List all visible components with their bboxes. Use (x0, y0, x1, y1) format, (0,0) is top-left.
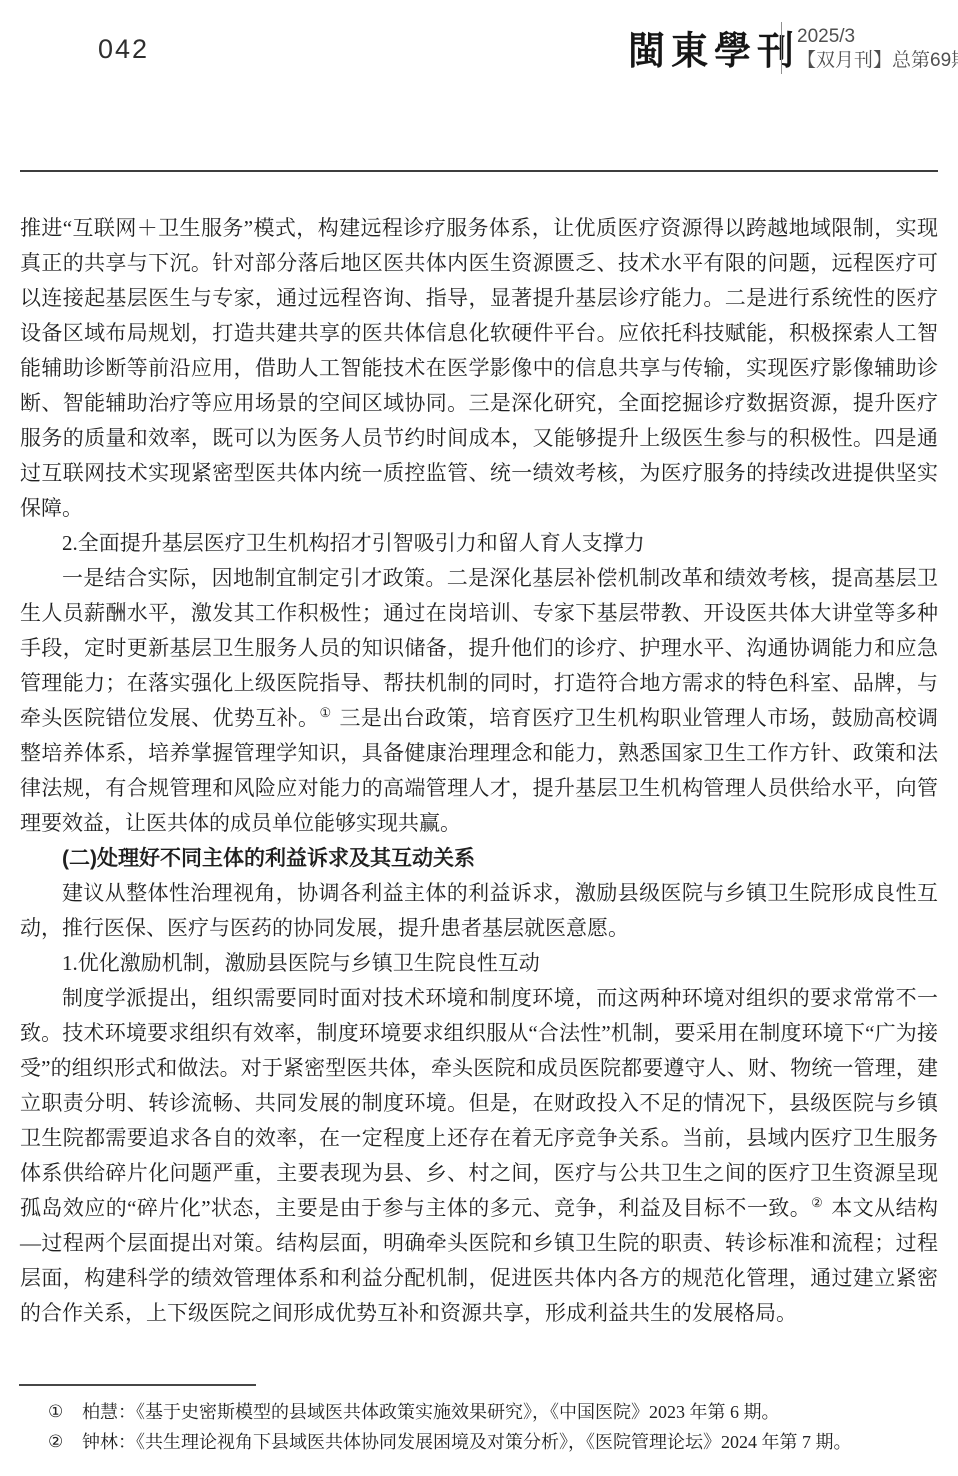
issue-number: 【双月刊】总第69期 (797, 49, 958, 73)
footnotes: ①柏慧：《基于史密斯模型的县域医共体政策实施效果研究》，《中国医院》2023 年… (20, 1400, 938, 1460)
subsection-heading: 1.优化激励机制，激励县医院与乡镇卫生院良性互动 (20, 946, 938, 981)
journal-masthead-calligraphy: 閩東學刊 (628, 19, 778, 76)
body-paragraph: 制度学派提出，组织需要同时面对技术环境和制度环境，而这两种环境对组织的要求常常不… (20, 981, 938, 1331)
subsection-heading: 2.全面提升基层医疗卫生机构招才引智吸引力和留人育人支撑力 (20, 526, 938, 561)
section-heading: (二)处理好不同主体的利益诉求及其互动关系 (20, 841, 938, 876)
footnote-marker: ② (48, 1430, 68, 1454)
footnote-ref: ② (811, 1195, 823, 1210)
footnote-item: ①柏慧：《基于史密斯模型的县域医共体政策实施效果研究》，《中国医院》2023 年… (20, 1400, 938, 1424)
footnote-text: 柏慧：《基于史密斯模型的县域医共体政策实施效果研究》，《中国医院》2023 年第… (82, 1400, 938, 1424)
issue-info: 2025/3 【双月刊】总第69期 (797, 25, 958, 73)
article-body: 推进“互联网＋卫生服务”模式，构建远程诊疗服务体系，让优质医疗资源得以跨越地域限… (20, 211, 938, 1331)
footnote-item: ②钟林：《共生理论视角下县域医共体协同发展困境及对策分析》，《医院管理论坛》20… (20, 1430, 938, 1454)
journal-page: 042 閩東學刊 2025/3 【双月刊】总第69期 推进“互联网＋卫生服务”模… (0, 0, 958, 1476)
header-rule (20, 170, 938, 172)
footnote-text: 钟林：《共生理论视角下县域医共体协同发展困境及对策分析》，《医院管理论坛》202… (82, 1430, 938, 1454)
footnote-separator-rule (19, 1384, 256, 1386)
page-number: 042 (98, 34, 149, 65)
body-paragraph: 一是结合实际，因地制宜制定引才政策。二是深化基层补偿机制改革和绩效考核，提高基层… (20, 561, 938, 841)
body-paragraph: 推进“互联网＋卫生服务”模式，构建远程诊疗服务体系，让优质医疗资源得以跨越地域限… (20, 211, 938, 526)
body-paragraph: 建议从整体性治理视角，协调各利益主体的利益诉求，激励县级医院与乡镇卫生院形成良性… (20, 876, 938, 946)
footnote-marker: ① (48, 1400, 68, 1424)
header-vertical-divider (781, 22, 782, 74)
footnote-ref: ① (319, 705, 331, 720)
issue-date: 2025/3 (797, 25, 958, 49)
